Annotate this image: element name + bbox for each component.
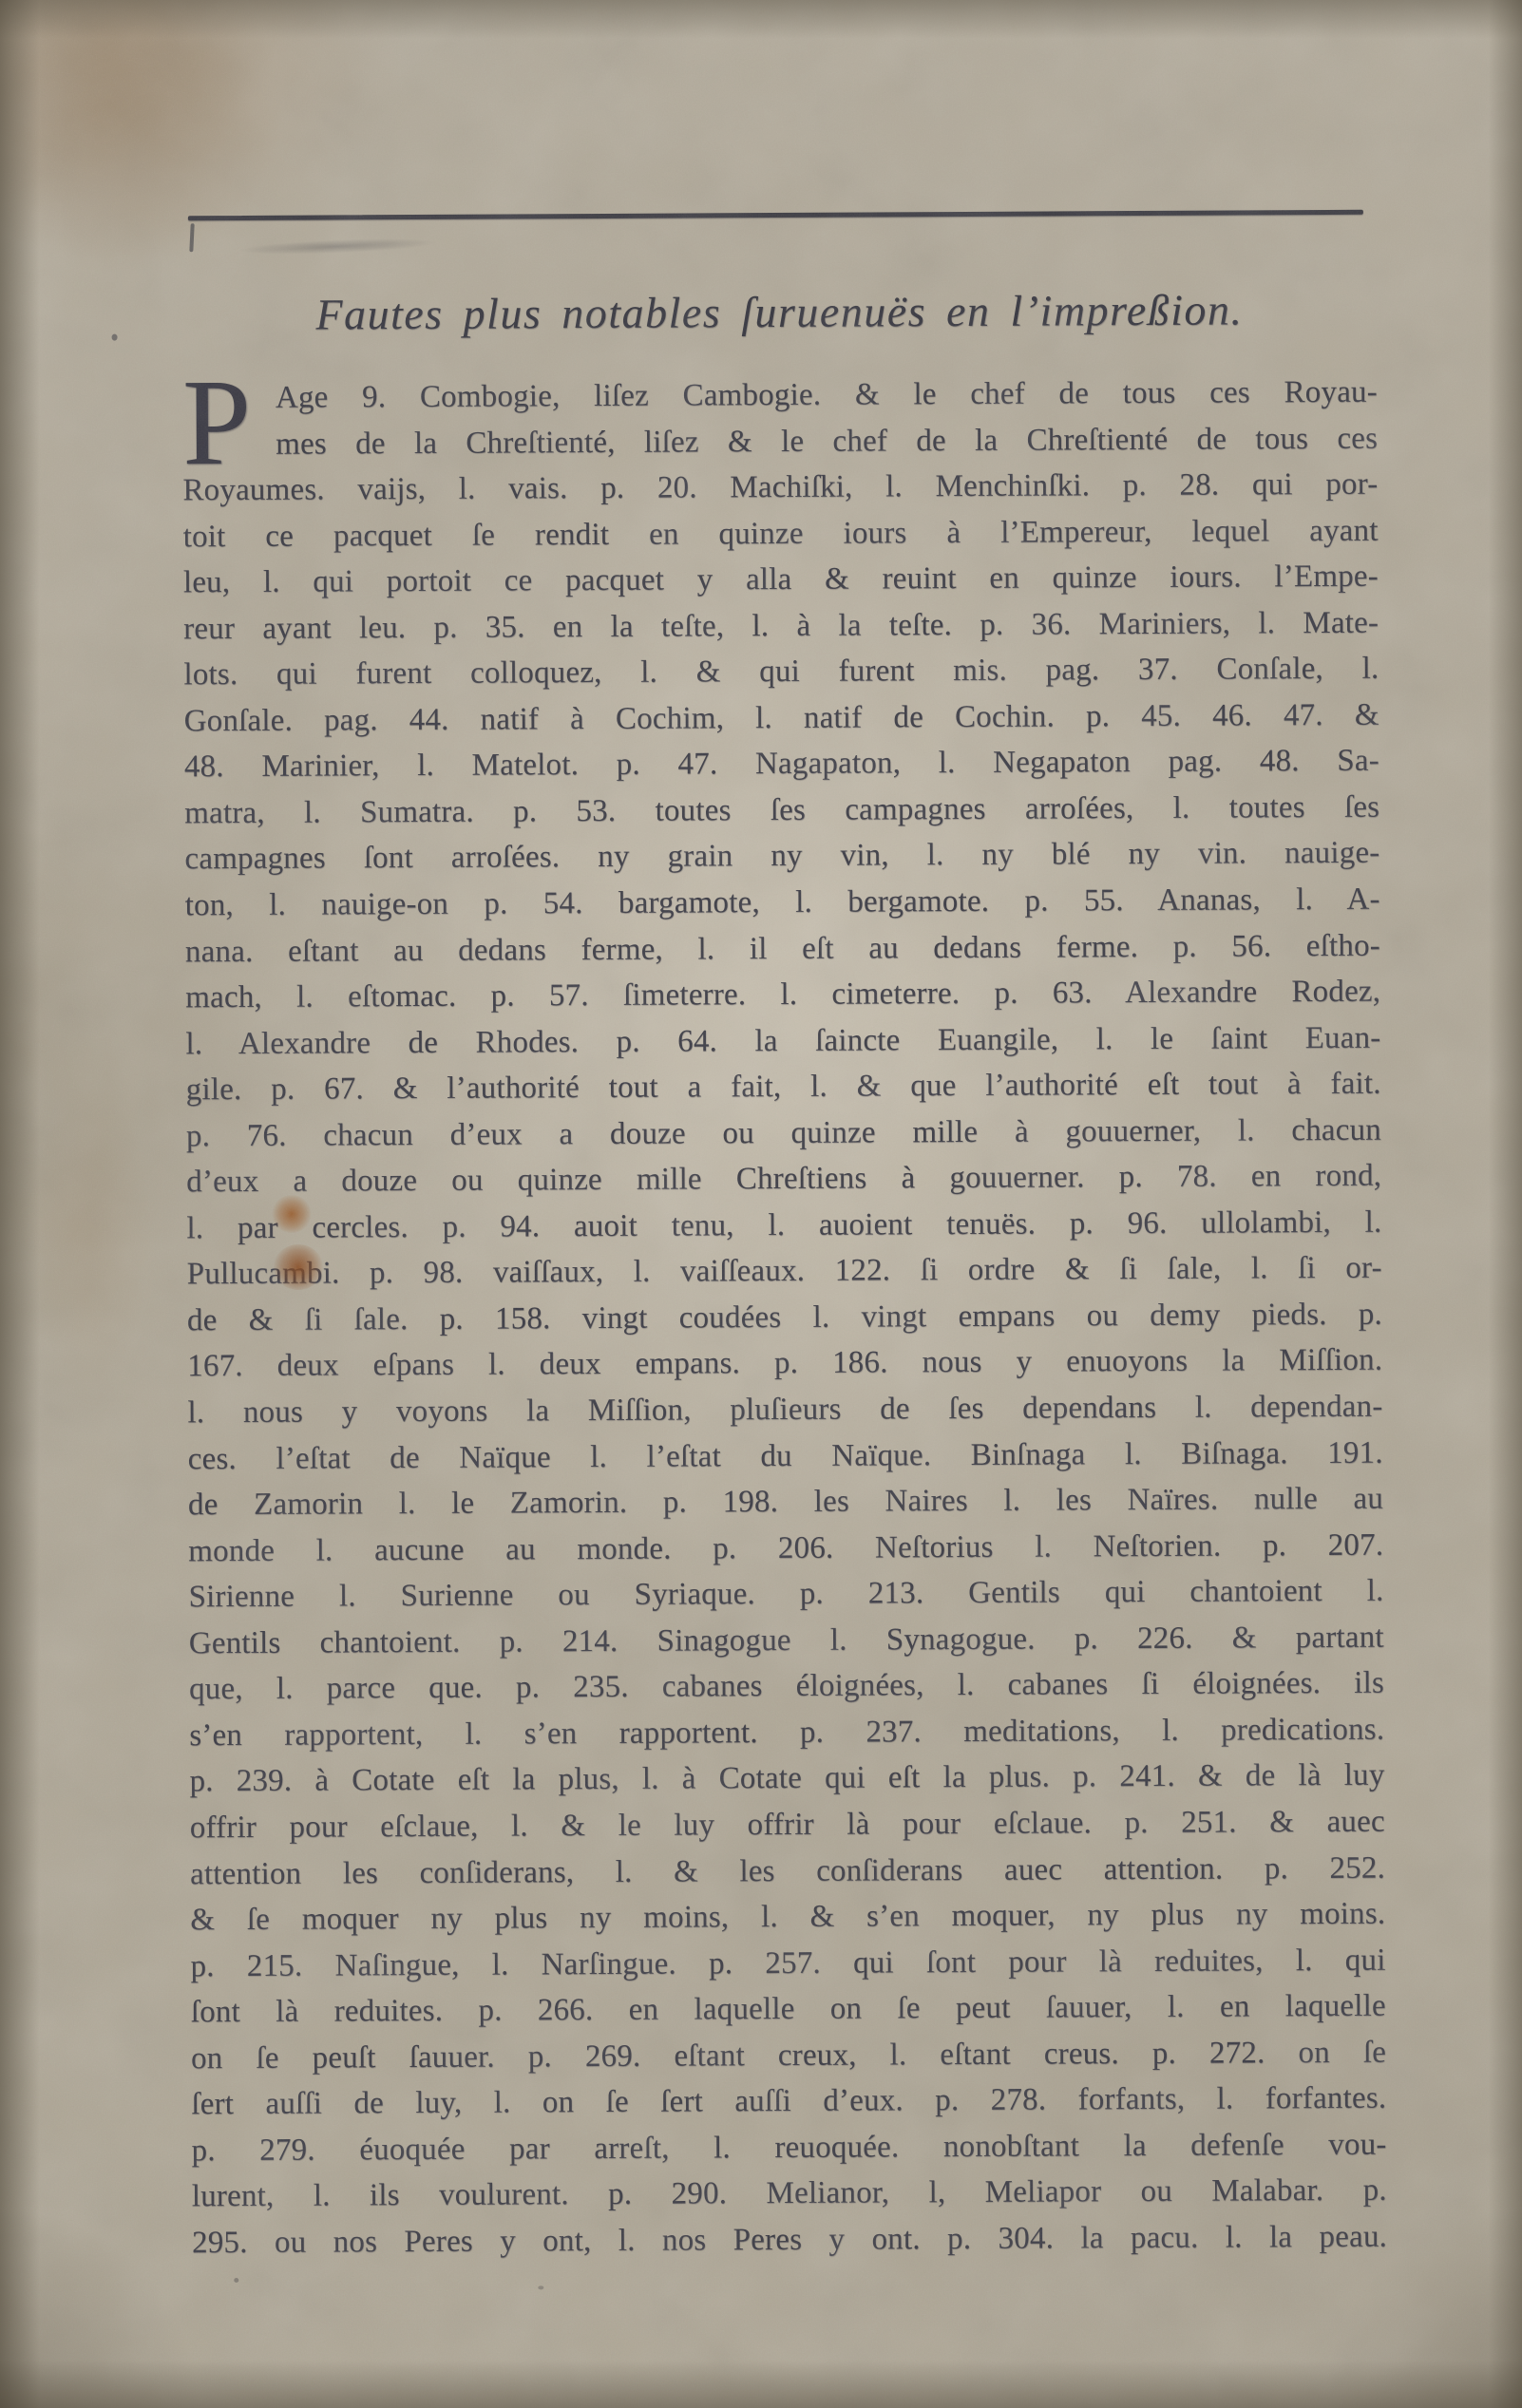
text-line: Sirienne l. Surienne ou Syriaque. p. 213… — [188, 1568, 1383, 1621]
text-line: mes de la Chreſtienté, liſez & le chef d… — [182, 415, 1378, 467]
text-line: s’en rapportent, l. s’en rapportent. p. … — [189, 1707, 1384, 1759]
body-lines: Age 9. Combogie, liſez Cambogie. & le ch… — [182, 370, 1387, 2266]
print-block: Fautes plus notables ſuruenuës en l’impr… — [0, 0, 1522, 2408]
body-text: P Age 9. Combogie, liſez Cambogie. & le … — [182, 370, 1387, 2266]
text-line: campagnes ſont arroſées. ny grain ny vin… — [184, 830, 1379, 882]
text-line: de & ſi ſale. p. 158. vingt coudées l. v… — [187, 1292, 1382, 1344]
text-line: Age 9. Combogie, liſez Cambogie. & le ch… — [182, 370, 1378, 422]
text-line: p. 215. Naſingue, l. Narſingue. p. 257. … — [190, 1937, 1385, 1989]
rust-stain-large — [274, 1244, 323, 1290]
text-line: 48. Marinier, l. Matelot. p. 47. Nagapat… — [184, 738, 1379, 790]
text-line: 295. ou nos Peres y ont, l. nos Peres y … — [192, 2214, 1387, 2266]
text-line: Gentils chantoient. p. 214. Sinagogue l.… — [189, 1614, 1384, 1666]
text-line: l. Alexandre de Rhodes. p. 64. la ſainct… — [185, 1014, 1380, 1067]
text-line: ſert auſſi de luy, l. on ſe ſert auſſi d… — [191, 2076, 1386, 2128]
text-line: l. par cercles. p. 94. auoit tenu, l. au… — [186, 1200, 1381, 1252]
text-line: nana. eſtant au dedans ferme, l. il eſt … — [185, 922, 1380, 975]
ink-smudge — [238, 236, 437, 256]
text-line: mach, l. eſtomac. p. 57. ſimeterre. l. c… — [185, 969, 1380, 1021]
rule-tick-mark — [189, 223, 194, 252]
text-line: p. 279. éuoquée par arreſt, l. reuoquée.… — [191, 2121, 1386, 2173]
text-line: 167. deux eſpans l. deux empans. p. 186.… — [187, 1337, 1382, 1390]
text-line: Pullucambi. p. 98. vaiſſaux, l. vaiſſeau… — [187, 1245, 1382, 1298]
text-line: monde l. aucune au monde. p. 206. Neſtor… — [188, 1522, 1383, 1574]
text-line: ton, l. nauige-on p. 54. bargamote, l. b… — [185, 877, 1380, 929]
text-line: p. 76. chacun d’eux a douze ou quinze mi… — [186, 1107, 1381, 1159]
page-title: Fautes plus notables ſuruenuës en l’impr… — [176, 286, 1382, 340]
text-line: reur ayant leu. p. 35. en la teſte, l. à… — [183, 599, 1379, 652]
ink-speck — [112, 334, 118, 341]
text-line: d’eux a douze ou quinze mille Chreſtiens… — [186, 1153, 1381, 1205]
text-line: lurent, l. ils voulurent. p. 290. Melian… — [192, 2168, 1387, 2220]
rust-stain-small — [272, 1195, 312, 1233]
text-line: Royaumes. vaijs, l. vais. p. 20. Machiſk… — [182, 462, 1378, 514]
text-line: p. 239. à Cotate eſt la plus, l. à Cotat… — [189, 1753, 1384, 1805]
text-line: attention les conſiderans, l. & les conſ… — [190, 1845, 1385, 1897]
drop-cap: P — [182, 375, 276, 467]
text-line: toit ce pacquet ſe rendit en quinze iour… — [183, 507, 1379, 559]
text-line: ſont là reduites. p. 266. en laquelle on… — [191, 1983, 1386, 2036]
page-scan: Fautes plus notables ſuruenuës en l’impr… — [0, 0, 1522, 2408]
text-line: on ſe peuſt ſauuer. p. 269. eſtant creux… — [191, 2029, 1386, 2081]
ink-speck — [234, 2278, 238, 2283]
text-line: de Zamorin l. le Zamorin. p. 198. les Na… — [188, 1476, 1383, 1528]
text-line: gile. p. 67. & l’authorité tout a fait, … — [186, 1061, 1381, 1113]
text-line: & ſe moquer ny plus ny moins, l. & s’en … — [190, 1891, 1385, 1943]
text-line: matra, l. Sumatra. p. 53. toutes ſes cam… — [184, 785, 1379, 837]
text-line: lots. qui furent colloquez, l. & qui fur… — [183, 646, 1379, 698]
ink-speck — [538, 2285, 543, 2289]
text-line: ces. l’eſtat de Naïque l. l’eſtat du Naï… — [188, 1430, 1383, 1482]
text-line: Gonſale. pag. 44. natif à Cochim, l. nat… — [184, 692, 1379, 745]
text-line: offrir pour eſclaue, l. & le luy offrir … — [190, 1799, 1385, 1851]
top-rule — [188, 210, 1363, 220]
text-line: que, l. parce que. p. 235. cabanes éloig… — [189, 1660, 1384, 1713]
text-line: l. nous y voyons la Miſſion, pluſieurs d… — [187, 1384, 1382, 1436]
text-line: leu, l. qui portoit ce pacquet y alla & … — [183, 554, 1379, 606]
